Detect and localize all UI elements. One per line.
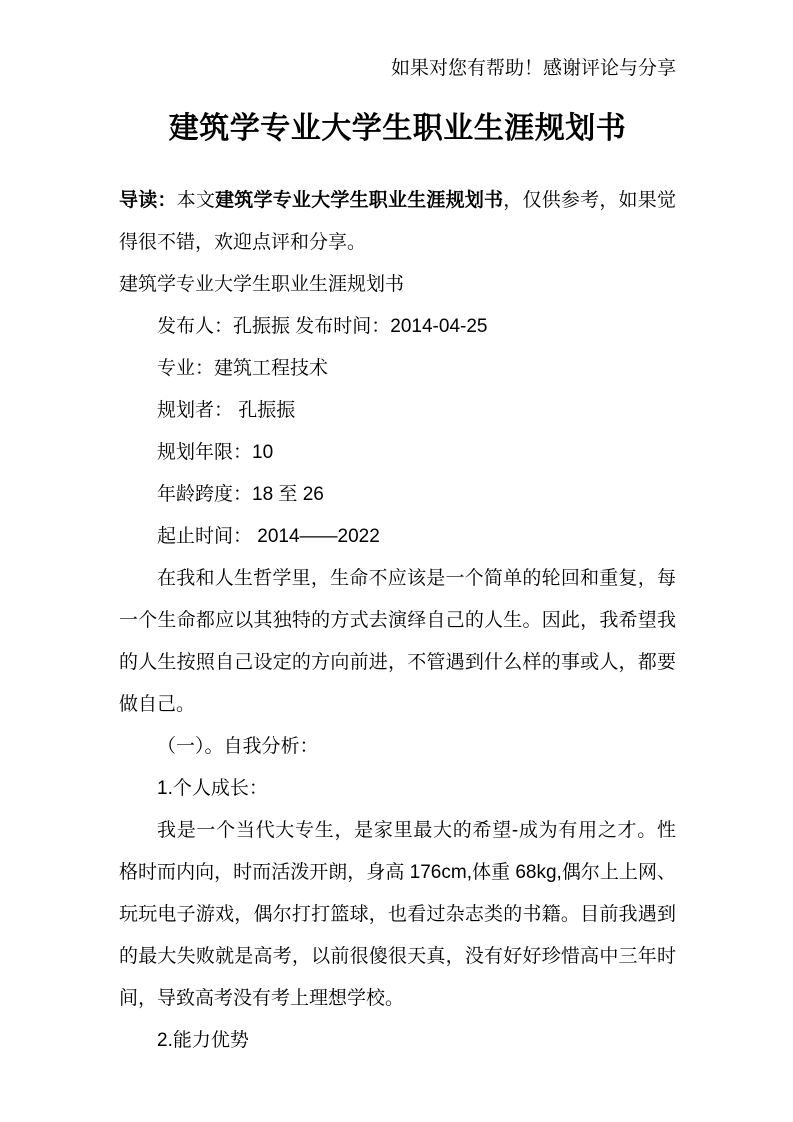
meta-line-age-span: 年龄跨度：18 至 26 [119,474,676,516]
meta-line-publisher: 发布人：孔振振 发布时间：2014-04-25 [119,306,676,348]
meta-line-plan-years: 规划年限：10 [119,432,676,474]
intro-emphasized-title: 建筑学专业大学生职业生涯规划书 [215,190,503,211]
document-page: 如果对您有帮助！感谢评论与分享 建筑学专业大学生职业生涯规划书 导读：本文建筑学… [0,0,793,1122]
intro-lead-label: 导读： [119,190,177,211]
section-heading-self-analysis: （一）。自我分析： [119,726,676,768]
intro-paragraph: 导读：本文建筑学专业大学生职业生涯规划书，仅供参考，如果觉得很不错，欢迎点评和分… [119,180,676,264]
meta-line-major: 专业：建筑工程技术 [119,348,676,390]
document-title: 建筑学专业大学生职业生涯规划书 [119,105,676,152]
philosophy-paragraph: 在我和人生哲学里，生命不应该是一个简单的轮回和重复，每一个生命都应以其独特的方式… [119,558,676,726]
header-note: 如果对您有帮助！感谢评论与分享 [119,56,676,82]
meta-line-planner: 规划者： 孔振振 [119,390,676,432]
document-body: 导读：本文建筑学专业大学生职业生涯规划书，仅供参考，如果觉得很不错，欢迎点评和分… [119,180,676,1062]
subheading-ability-strengths: 2.能力优势 [119,1020,676,1062]
personal-growth-paragraph: 我是一个当代大专生，是家里最大的希望-成为有用之才。性格时而内向，时而活泼开朗，… [119,810,676,1020]
document-subtitle-line: 建筑学专业大学生职业生涯规划书 [119,264,676,306]
meta-line-time-range: 起止时间： 2014——2022 [119,516,676,558]
page-content: 如果对您有帮助！感谢评论与分享 建筑学专业大学生职业生涯规划书 导读：本文建筑学… [0,0,793,1062]
subheading-personal-growth: 1.个人成长： [119,768,676,810]
intro-pre-text: 本文 [177,190,215,211]
